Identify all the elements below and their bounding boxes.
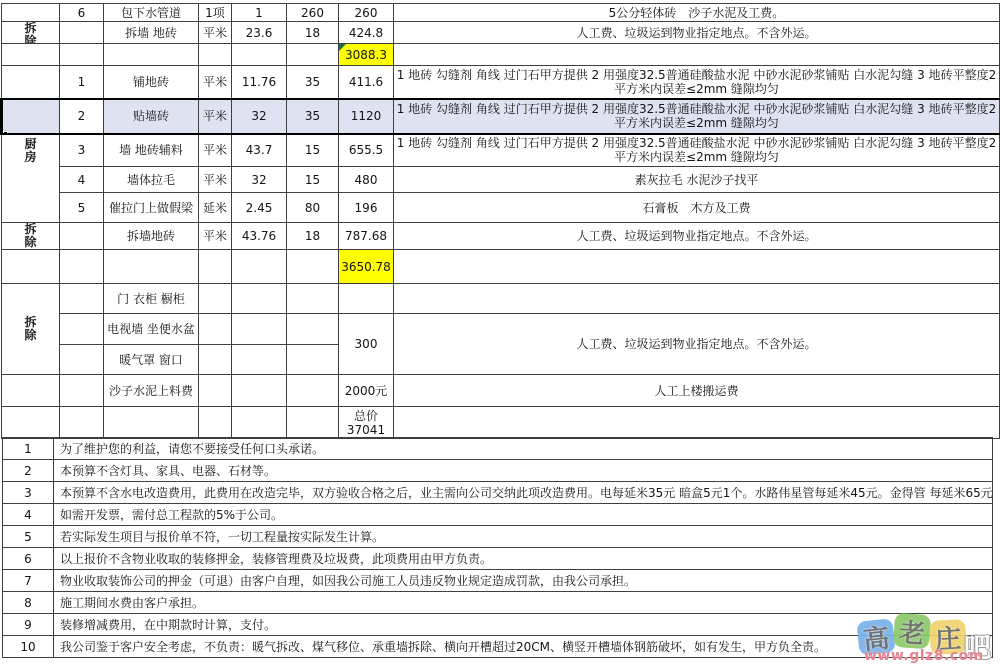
cell-price[interactable] bbox=[287, 44, 339, 66]
cell-unit[interactable]: 1项 bbox=[199, 4, 232, 22]
table-row: 4 墙体拉毛 平米 32 15 480 素灰拉毛 水泥沙子找平 bbox=[2, 167, 1000, 193]
cell-total-merged[interactable]: 300 bbox=[339, 314, 394, 375]
cell-qty[interactable]: 11.76 bbox=[232, 66, 287, 99]
cell-unit[interactable] bbox=[199, 345, 232, 375]
cell-unit[interactable] bbox=[199, 407, 232, 439]
note-text[interactable]: 本预算不含灯具、家具、电器、石材等。 bbox=[54, 460, 993, 482]
cell-price[interactable]: 18 bbox=[287, 22, 339, 44]
table-row: 电视墙 坐便水盆 300 人工费、垃圾运到物业指定地点。不含外运。 bbox=[2, 314, 1000, 345]
note-number[interactable]: 10 bbox=[3, 636, 54, 658]
cell-unit[interactable]: 平米 bbox=[199, 167, 232, 193]
note-number[interactable]: 9 bbox=[3, 614, 54, 636]
note-number[interactable]: 2 bbox=[3, 460, 54, 482]
note-text[interactable]: 施工期间水费由客户承担。 bbox=[54, 592, 993, 614]
cell-num[interactable]: 6 bbox=[60, 4, 104, 22]
table-row: 5 催拉门上做假梁 延米 2.45 80 196 石膏板 木方及工费 bbox=[2, 193, 1000, 223]
cell-unit[interactable]: 平米 bbox=[199, 22, 232, 44]
cell-remark[interactable]: 人工上楼搬运费 bbox=[394, 375, 1000, 407]
cell-qty[interactable]: 43.76 bbox=[232, 223, 287, 250]
grand-total-row: 总价37041 bbox=[2, 407, 1000, 439]
cell-total[interactable]: 196 bbox=[339, 193, 394, 223]
note-text[interactable]: 若实际发生项目与报价单不符，一切工程量按实际发生计算。 bbox=[54, 526, 993, 548]
section-label: 拆除 bbox=[24, 223, 37, 249]
cell-qty[interactable]: 43.7 bbox=[232, 134, 287, 167]
note-row: 2本预算不含灯具、家具、电器、石材等。 bbox=[3, 460, 993, 482]
cell-unit[interactable] bbox=[199, 44, 232, 66]
subtotal-cell-highlighted[interactable]: 3650.78 bbox=[339, 250, 394, 284]
cell-price[interactable] bbox=[287, 314, 339, 345]
cell-remark[interactable]: 石膏板 木方及工费 bbox=[394, 193, 1000, 223]
cell-item[interactable] bbox=[104, 407, 199, 439]
cell-item[interactable] bbox=[104, 44, 199, 66]
cell-total[interactable]: 2000元 bbox=[339, 375, 394, 407]
cell-price[interactable] bbox=[287, 284, 339, 314]
note-row: 8施工期间水费由客户承担。 bbox=[3, 592, 993, 614]
cell-price[interactable]: 260 bbox=[287, 4, 339, 22]
cell-unit[interactable]: 平米 bbox=[199, 223, 232, 250]
cell-unit[interactable]: 延米 bbox=[199, 193, 232, 223]
cell-num[interactable] bbox=[60, 345, 104, 375]
cell-num[interactable]: 3 bbox=[60, 134, 104, 167]
cell-qty[interactable]: 32 bbox=[232, 99, 287, 134]
cell-qty[interactable] bbox=[232, 250, 287, 284]
cell-price[interactable]: 80 bbox=[287, 193, 339, 223]
cell-price[interactable]: 35 bbox=[287, 66, 339, 99]
cell-remark[interactable] bbox=[394, 284, 1000, 314]
cell-remark-merged[interactable]: 人工费、垃圾运到物业指定地点。不含外运。 bbox=[394, 314, 1000, 375]
note-text[interactable]: 为了维护您的利益，请您不要接受任何口头承诺。 bbox=[54, 438, 993, 460]
cell-item[interactable]: 门 衣柜 橱柜 bbox=[104, 284, 199, 314]
table-row: 拆除 门 衣柜 橱柜 bbox=[2, 284, 1000, 314]
cell-num[interactable] bbox=[60, 250, 104, 284]
cell-item[interactable]: 墙 地砖辅料 bbox=[104, 134, 199, 167]
cell-section[interactable] bbox=[2, 4, 60, 22]
cell-remark[interactable]: 1 地砖 勾缝剂 角线 过门石甲方提供 2 用强度32.5普通硅酸盐水泥 中砂水… bbox=[394, 66, 1000, 99]
cell-num[interactable]: 4 bbox=[60, 167, 104, 193]
cell-unit[interactable]: 平米 bbox=[199, 99, 232, 134]
cell-section-chaichu[interactable]: 拆除 bbox=[2, 284, 60, 375]
note-row: 1为了维护您的利益，请您不要接受任何口头承诺。 bbox=[3, 438, 993, 460]
cell-item[interactable]: 暖气罩 窗口 bbox=[104, 345, 199, 375]
cell-section[interactable] bbox=[2, 407, 60, 439]
note-number[interactable]: 1 bbox=[3, 438, 54, 460]
selected-row: 2 贴墙砖 平米 32 35 1120 1 地砖 勾缝剂 角线 过门石甲方提供 … bbox=[2, 99, 1000, 134]
cell-num[interactable] bbox=[60, 223, 104, 250]
cell-num[interactable]: 2 bbox=[60, 99, 104, 134]
note-number[interactable]: 7 bbox=[3, 570, 54, 592]
cell-qty[interactable] bbox=[232, 345, 287, 375]
active-cell[interactable] bbox=[2, 99, 60, 134]
cell-price[interactable]: 15 bbox=[287, 167, 339, 193]
cell-remark[interactable]: 人工费、垃圾运到物业指定地点。不含外运。 bbox=[394, 223, 1000, 250]
cell-remark[interactable] bbox=[394, 250, 1000, 284]
cell-total[interactable]: 411.6 bbox=[339, 66, 394, 99]
error-indicator-triangle bbox=[339, 44, 346, 51]
cell-price[interactable]: 15 bbox=[287, 134, 339, 167]
section-label: 厨房 bbox=[24, 138, 37, 164]
cell-total[interactable]: 655.5 bbox=[339, 134, 394, 167]
notes-table: 1为了维护您的利益，请您不要接受任何口头承诺。2本预算不含灯具、家具、电器、石材… bbox=[2, 437, 993, 658]
cell-qty[interactable]: 32 bbox=[232, 167, 287, 193]
cell-total[interactable]: 787.68 bbox=[339, 223, 394, 250]
note-text[interactable]: 本预算不含水电改造费用，此费用在改造完毕，双方验收合格之后，业主需向公司交纳此项… bbox=[54, 482, 993, 504]
cell-remark[interactable]: 素灰拉毛 水泥沙子找平 bbox=[394, 167, 1000, 193]
subtotal-row: 3650.78 bbox=[2, 250, 1000, 284]
cell-qty[interactable] bbox=[232, 314, 287, 345]
cell-item[interactable]: 贴墙砖 bbox=[104, 99, 199, 134]
subtotal-row: 3088.3 bbox=[2, 44, 1000, 66]
cell-price[interactable] bbox=[287, 250, 339, 284]
cell-qty[interactable]: 1 bbox=[232, 4, 287, 22]
note-row: 5若实际发生项目与报价单不符，一切工程量按实际发生计算。 bbox=[3, 526, 993, 548]
cell-price[interactable]: 18 bbox=[287, 223, 339, 250]
cell-section-chaichu[interactable]: 拆除 bbox=[2, 22, 60, 44]
cell-item[interactable]: 拆墙 地砖 bbox=[104, 22, 199, 44]
note-text[interactable]: 装修增减费用，在中期款时计算，支付。 bbox=[54, 614, 993, 636]
cell-item[interactable]: 铺地砖 bbox=[104, 66, 199, 99]
note-row: 6以上报价不含物业收取的装修押金，装修管理费及垃圾费，此项费用由甲方负责。 bbox=[3, 548, 993, 570]
note-number[interactable]: 8 bbox=[3, 592, 54, 614]
note-text[interactable]: 如需开发票，需付总工程款的5%于公司。 bbox=[54, 504, 993, 526]
cell-price[interactable] bbox=[287, 375, 339, 407]
cell-section[interactable] bbox=[2, 66, 60, 99]
cell-num[interactable]: 5 bbox=[60, 193, 104, 223]
budget-table: 6 包下水管道 1项 1 260 260 5公分轻体砖 沙子水泥及工费。 拆除 … bbox=[0, 3, 1000, 439]
note-text[interactable]: 以上报价不含物业收取的装修押金，装修管理费及垃圾费，此项费用由甲方负责。 bbox=[54, 548, 993, 570]
cell-section[interactable] bbox=[2, 375, 60, 407]
subtotal-cell-highlighted[interactable]: 3088.3 bbox=[339, 44, 394, 66]
cell-item[interactable]: 包下水管道 bbox=[104, 4, 199, 22]
cell-qty[interactable]: 23.6 bbox=[232, 22, 287, 44]
cell-item[interactable] bbox=[104, 250, 199, 284]
table-row: 拆除 拆墙 地砖 平米 23.6 18 424.8 人工费、垃圾运到物业指定地点… bbox=[2, 22, 1000, 44]
cell-section[interactable] bbox=[2, 250, 60, 284]
note-row: 4如需开发票，需付总工程款的5%于公司。 bbox=[3, 504, 993, 526]
fill-handle[interactable] bbox=[3, 131, 8, 134]
cell-price[interactable] bbox=[287, 345, 339, 375]
table-row: 1 铺地砖 平米 11.76 35 411.6 1 地砖 勾缝剂 角线 过门石甲… bbox=[2, 66, 1000, 99]
note-row: 10我公司鉴于客户安全考虑，不负责：暖气拆改、煤气移位、承重墙拆除、横向开槽超过… bbox=[3, 636, 993, 658]
cell-qty[interactable] bbox=[232, 44, 287, 66]
cell-item[interactable]: 拆墙地砖 bbox=[104, 223, 199, 250]
cell-qty[interactable] bbox=[232, 407, 287, 439]
cell-item[interactable]: 电视墙 坐便水盆 bbox=[104, 314, 199, 345]
cell-remark[interactable] bbox=[394, 407, 1000, 439]
table-row: 6 包下水管道 1项 1 260 260 5公分轻体砖 沙子水泥及工费。 bbox=[2, 4, 1000, 22]
cell-total[interactable]: 424.8 bbox=[339, 22, 394, 44]
cell-remark[interactable] bbox=[394, 44, 1000, 66]
section-label: 拆除 bbox=[24, 22, 37, 43]
cell-qty[interactable] bbox=[232, 284, 287, 314]
cell-unit[interactable] bbox=[199, 250, 232, 284]
cell-total[interactable]: 260 bbox=[339, 4, 394, 22]
table-row: 沙子水泥上料费 2000元 人工上楼搬运费 bbox=[2, 375, 1000, 407]
cell-num[interactable] bbox=[60, 375, 104, 407]
cell-unit[interactable] bbox=[199, 284, 232, 314]
cell-price[interactable]: 35 bbox=[287, 99, 339, 134]
cell-remark[interactable]: 人工费、垃圾运到物业指定地点。不含外运。 bbox=[394, 22, 1000, 44]
note-number[interactable]: 6 bbox=[3, 548, 54, 570]
note-text[interactable]: 物业收取装饰公司的押金（可退）由客户自理，如因我公司施工人员违反物业规定造成罚款… bbox=[54, 570, 993, 592]
note-number[interactable]: 5 bbox=[3, 526, 54, 548]
cell-remark[interactable]: 1 地砖 勾缝剂 角线 过门石甲方提供 2 用强度32.5普通硅酸盐水泥 中砂水… bbox=[394, 99, 1000, 134]
cell-section-chufang[interactable]: 厨房 bbox=[2, 134, 60, 223]
note-number[interactable]: 4 bbox=[3, 504, 54, 526]
cell-num[interactable] bbox=[60, 284, 104, 314]
cell-num[interactable] bbox=[60, 314, 104, 345]
note-row: 7物业收取装饰公司的押金（可退）由客户自理，如因我公司施工人员违反物业规定造成罚… bbox=[3, 570, 993, 592]
cell-unit[interactable] bbox=[199, 375, 232, 407]
cell-item[interactable]: 墙体拉毛 bbox=[104, 167, 199, 193]
cell-num[interactable] bbox=[60, 22, 104, 44]
cell-section[interactable] bbox=[2, 44, 60, 66]
cell-unit[interactable] bbox=[199, 314, 232, 345]
cell-section-chaichu[interactable]: 拆除 bbox=[2, 223, 60, 250]
cell-price[interactable] bbox=[287, 407, 339, 439]
cell-total[interactable]: 1120 bbox=[339, 99, 394, 134]
cell-num[interactable] bbox=[60, 44, 104, 66]
cell-qty[interactable]: 2.45 bbox=[232, 193, 287, 223]
cell-unit[interactable]: 平米 bbox=[199, 134, 232, 167]
cell-total[interactable]: 480 bbox=[339, 167, 394, 193]
cell-item[interactable]: 沙子水泥上料费 bbox=[104, 375, 199, 407]
table-row: 厨房 3 墙 地砖辅料 平米 43.7 15 655.5 1 地砖 勾缝剂 角线… bbox=[2, 134, 1000, 167]
cell-num[interactable]: 1 bbox=[60, 66, 104, 99]
cell-remark[interactable]: 1 地砖 勾缝剂 角线 过门石甲方提供 2 用强度32.5普通硅酸盐水泥 中砂水… bbox=[394, 134, 1000, 167]
note-text[interactable]: 我公司鉴于客户安全考虑，不负责：暖气拆改、煤气移位、承重墙拆除、横向开槽超过20… bbox=[54, 636, 993, 658]
notes-body: 1为了维护您的利益，请您不要接受任何口头承诺。2本预算不含灯具、家具、电器、石材… bbox=[3, 438, 993, 658]
table-row: 拆除 拆墙地砖 平米 43.76 18 787.68 人工费、垃圾运到物业指定地… bbox=[2, 223, 1000, 250]
section-label: 拆除 bbox=[24, 316, 37, 342]
note-row: 3本预算不含水电改造费用，此费用在改造完毕，双方验收合格之后，业主需向公司交纳此… bbox=[3, 482, 993, 504]
cell-num[interactable] bbox=[60, 407, 104, 439]
cell-item[interactable]: 催拉门上做假梁 bbox=[104, 193, 199, 223]
note-row: 9装修增减费用，在中期款时计算，支付。 bbox=[3, 614, 993, 636]
cell-remark[interactable]: 5公分轻体砖 沙子水泥及工费。 bbox=[394, 4, 1000, 22]
cell-unit[interactable]: 平米 bbox=[199, 66, 232, 99]
grand-total-cell[interactable]: 总价37041 bbox=[339, 407, 394, 439]
note-number[interactable]: 3 bbox=[3, 482, 54, 504]
cell-qty[interactable] bbox=[232, 375, 287, 407]
cell-total[interactable] bbox=[339, 284, 394, 314]
